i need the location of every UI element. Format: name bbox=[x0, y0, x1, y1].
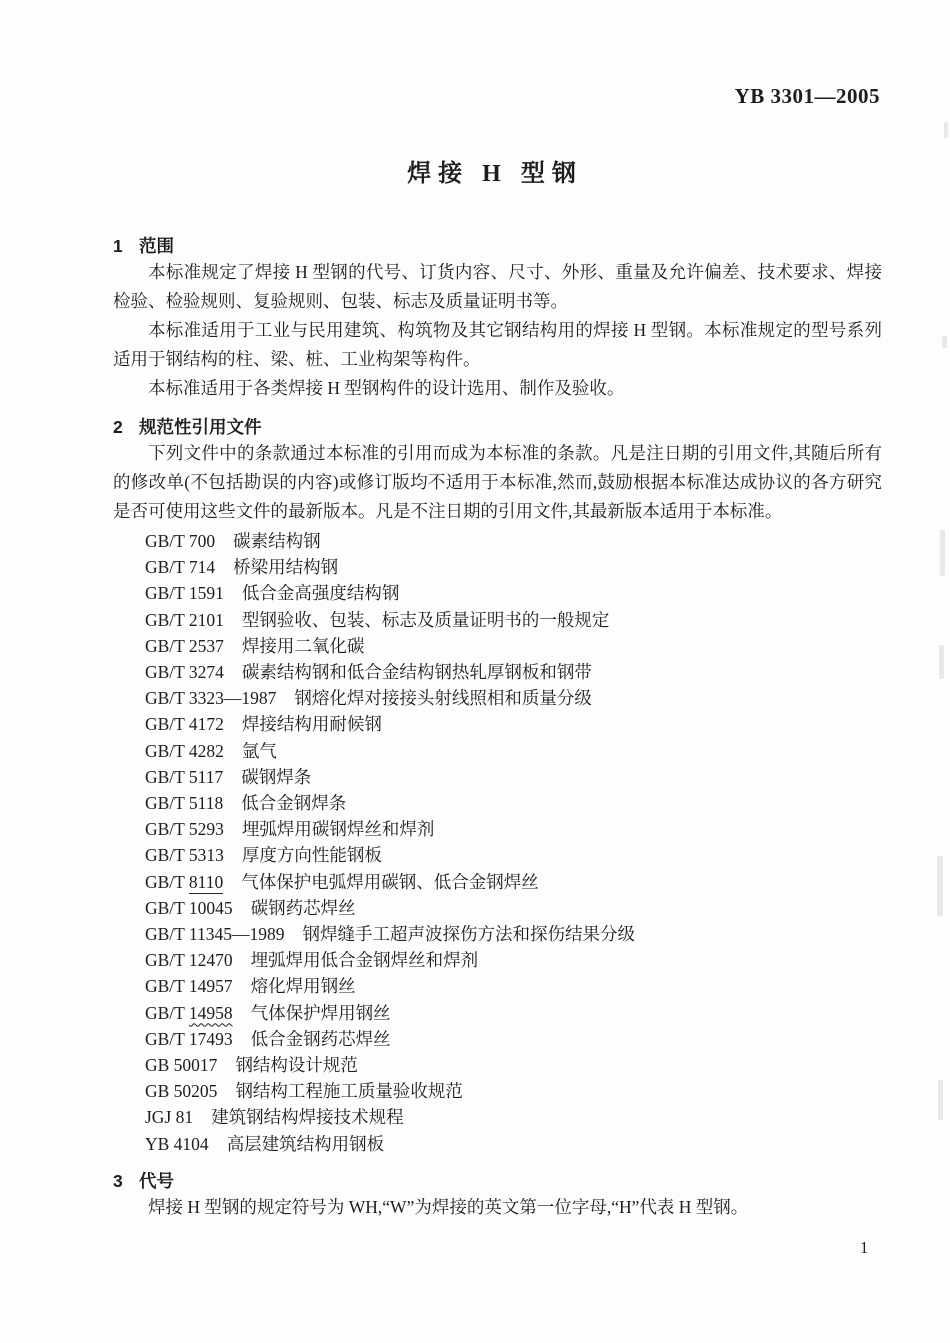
reference-item: GB/T 17493低合金钢药芯焊丝 bbox=[113, 1026, 882, 1052]
pen-mark-underline-wavy: 14958 bbox=[189, 1003, 233, 1023]
reference-item: GB/T 11345—1989钢焊缝手工超声波探伤方法和探伤结果分级 bbox=[113, 921, 882, 947]
reference-code: GB/T 3274 bbox=[145, 662, 224, 682]
reference-title: 厚度方向性能钢板 bbox=[242, 845, 382, 865]
reference-item: GB/T 1591低合金高强度结构钢 bbox=[113, 580, 882, 606]
reference-title: 气体保护电弧焊用碳钢、低合金钢焊丝 bbox=[241, 872, 539, 892]
reference-item: GB/T 3323—1987钢熔化焊对接接头射线照相和质量分级 bbox=[113, 685, 882, 711]
reference-item: GB/T 5118低合金钢焊条 bbox=[113, 790, 882, 816]
reference-code: GB/T 5313 bbox=[145, 845, 224, 865]
document-title: 焊接 H 型钢 bbox=[0, 153, 950, 188]
reference-item: GB/T 5117碳钢焊条 bbox=[113, 764, 882, 790]
reference-title: 焊接用二氧化碳 bbox=[242, 636, 365, 656]
section-number: 1 bbox=[113, 234, 139, 258]
reference-code: GB/T 5117 bbox=[145, 767, 223, 787]
reference-item: GB/T 8110气体保护电弧焊用碳钢、低合金钢焊丝 bbox=[113, 869, 882, 895]
reference-title: 熔化焊用钢丝 bbox=[251, 976, 356, 996]
reference-code: GB/T 4172 bbox=[145, 714, 224, 734]
reference-title: 碳素结构钢和低合金结构钢热轧厚钢板和钢带 bbox=[242, 662, 592, 682]
reference-title: 钢结构设计规范 bbox=[235, 1055, 358, 1075]
reference-title: 碳钢焊条 bbox=[241, 767, 311, 787]
paragraph: 焊接 H 型钢的规定符号为 WH,“W”为焊接的英文第一位字母,“H”代表 H … bbox=[113, 1193, 882, 1222]
reference-title: 埋弧焊用碳钢焊丝和焊剂 bbox=[242, 819, 435, 839]
reference-code: GB/T 17493 bbox=[145, 1029, 233, 1049]
reference-item: GB/T 10045碳钢药芯焊丝 bbox=[113, 895, 882, 921]
reference-title: 埋弧焊用低合金钢焊丝和焊剂 bbox=[251, 950, 479, 970]
reference-title: 低合金钢药芯焊丝 bbox=[251, 1029, 391, 1049]
reference-item: GB 50205钢结构工程施工质量验收规范 bbox=[113, 1078, 882, 1104]
reference-item: GB 50017钢结构设计规范 bbox=[113, 1052, 882, 1078]
reference-code: GB/T 4282 bbox=[145, 741, 224, 761]
reference-title: 氩气 bbox=[242, 741, 277, 761]
reference-item: GB/T 5293埋弧焊用碳钢焊丝和焊剂 bbox=[113, 816, 882, 842]
reference-code: GB/T 5293 bbox=[145, 819, 224, 839]
reference-title: 碳素结构钢 bbox=[233, 531, 321, 551]
section-title: 规范性引用文件 bbox=[139, 417, 262, 437]
paragraph: 本标准规定了焊接 H 型钢的代号、订货内容、尺寸、外形、重量及允许偏差、技术要求… bbox=[113, 258, 882, 316]
pen-mark-underline-solid: 8110 bbox=[189, 872, 223, 894]
reference-title: 气体保护焊用钢丝 bbox=[251, 1003, 391, 1023]
scan-artifact bbox=[938, 1080, 943, 1120]
reference-item: GB/T 14957熔化焊用钢丝 bbox=[113, 973, 882, 999]
reference-code: GB/T 2101 bbox=[145, 610, 224, 630]
section-heading-designation: 3代号 bbox=[113, 1169, 882, 1193]
reference-item: GB/T 4172焊接结构用耐候钢 bbox=[113, 711, 882, 737]
reference-code: GB/T 5118 bbox=[145, 793, 223, 813]
scan-artifact bbox=[942, 336, 947, 348]
reference-code: GB/T 10045 bbox=[145, 898, 233, 918]
reference-item: GB/T 3274碳素结构钢和低合金结构钢热轧厚钢板和钢带 bbox=[113, 659, 882, 685]
paragraph: 本标准适用于工业与民用建筑、构筑物及其它钢结构用的焊接 H 型钢。本标准规定的型… bbox=[113, 316, 882, 374]
reference-title: 低合金钢焊条 bbox=[241, 793, 346, 813]
reference-item: GB/T 714桥梁用结构钢 bbox=[113, 554, 882, 580]
reference-title: 钢焊缝手工超声波探伤方法和探伤结果分级 bbox=[303, 924, 636, 944]
reference-title: 钢结构工程施工质量验收规范 bbox=[235, 1081, 463, 1101]
reference-code: GB/T 11345—1989 bbox=[145, 924, 285, 944]
reference-item: GB/T 2101型钢验收、包装、标志及质量证明书的一般规定 bbox=[113, 607, 882, 633]
reference-code: GB/T 14958 bbox=[145, 1003, 233, 1023]
reference-title: 碳钢药芯焊丝 bbox=[251, 898, 356, 918]
section-title: 范围 bbox=[139, 236, 174, 256]
reference-code: GB/T 14957 bbox=[145, 976, 233, 996]
page-number: 1 bbox=[860, 1238, 868, 1258]
reference-item: GB/T 700碳素结构钢 bbox=[113, 528, 882, 554]
reference-item: GB/T 5313厚度方向性能钢板 bbox=[113, 842, 882, 868]
scan-artifact bbox=[940, 530, 945, 576]
paragraph: 下列文件中的条款通过本标准的引用而成为本标准的条款。凡是注日期的引用文件,其随后… bbox=[113, 439, 882, 526]
reference-code: GB/T 12470 bbox=[145, 950, 233, 970]
reference-title: 桥梁用结构钢 bbox=[233, 557, 338, 577]
reference-title: 型钢验收、包装、标志及质量证明书的一般规定 bbox=[242, 610, 610, 630]
reference-title: 焊接结构用耐候钢 bbox=[242, 714, 382, 734]
section-heading-normative-references: 2规范性引用文件 bbox=[113, 415, 882, 439]
reference-code: GB/T 3323—1987 bbox=[145, 688, 276, 708]
reference-item: GB/T 2537焊接用二氧化碳 bbox=[113, 633, 882, 659]
reference-item: GB/T 4282氩气 bbox=[113, 738, 882, 764]
reference-item: GB/T 12470埋弧焊用低合金钢焊丝和焊剂 bbox=[113, 947, 882, 973]
scan-artifact bbox=[937, 856, 943, 916]
reference-code: YB 4104 bbox=[145, 1134, 209, 1154]
section-number: 2 bbox=[113, 415, 139, 439]
reference-item: JGJ 81建筑钢结构焊接技术规程 bbox=[113, 1104, 882, 1130]
reference-title: 低合金高强度结构钢 bbox=[242, 583, 400, 603]
section-number: 3 bbox=[113, 1169, 139, 1193]
reference-title: 高层建筑结构用钢板 bbox=[227, 1134, 385, 1154]
reference-code: GB 50017 bbox=[145, 1055, 217, 1075]
scan-artifact bbox=[939, 645, 944, 679]
section-title: 代号 bbox=[139, 1171, 174, 1191]
reference-list: GB/T 700碳素结构钢GB/T 714桥梁用结构钢GB/T 1591低合金高… bbox=[113, 528, 882, 1157]
reference-title: 建筑钢结构焊接技术规程 bbox=[211, 1107, 404, 1127]
document-body: 1范围 本标准规定了焊接 H 型钢的代号、订货内容、尺寸、外形、重量及允许偏差、… bbox=[0, 234, 950, 1222]
reference-code: GB/T 714 bbox=[145, 557, 215, 577]
section-heading-scope: 1范围 bbox=[113, 234, 882, 258]
reference-code: GB/T 1591 bbox=[145, 583, 224, 603]
reference-code: GB/T 8110 bbox=[145, 872, 223, 894]
reference-title: 钢熔化焊对接接头射线照相和质量分级 bbox=[294, 688, 592, 708]
scan-artifact bbox=[944, 122, 948, 138]
reference-code: GB/T 2537 bbox=[145, 636, 224, 656]
reference-code: JGJ 81 bbox=[145, 1107, 193, 1127]
reference-item: YB 4104高层建筑结构用钢板 bbox=[113, 1131, 882, 1157]
reference-item: GB/T 14958气体保护焊用钢丝 bbox=[113, 1000, 882, 1026]
reference-code: GB/T 700 bbox=[145, 531, 215, 551]
paragraph: 本标准适用于各类焊接 H 型钢构件的设计选用、制作及验收。 bbox=[113, 374, 882, 403]
document-page: YB 3301—2005 焊接 H 型钢 1范围 本标准规定了焊接 H 型钢的代… bbox=[0, 0, 950, 1343]
standard-code: YB 3301—2005 bbox=[0, 0, 950, 109]
reference-code: GB 50205 bbox=[145, 1081, 217, 1101]
